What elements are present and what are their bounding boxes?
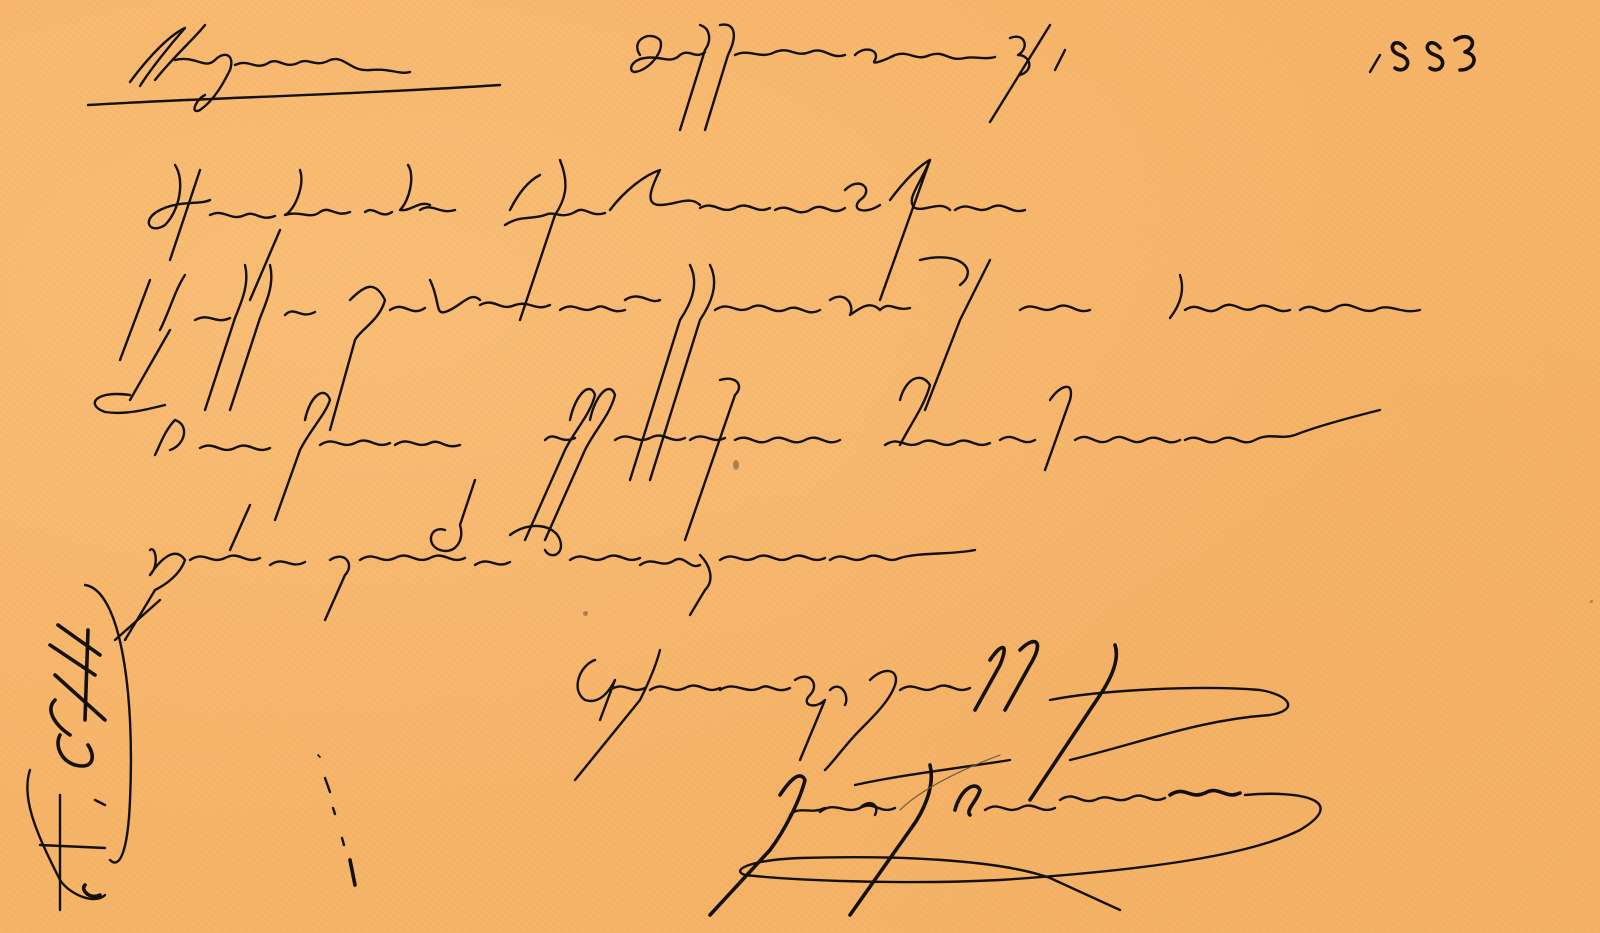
postcard: Urgent Kaschau am 3/1 1883 Bitte Sie die… [0,0,1600,933]
body-line-3-strokes [95,378,1380,540]
signature-strokes [710,755,1321,915]
place-date-strokes [631,25,1474,130]
handwriting-strokes [0,0,1600,933]
stray-ink-dots [318,755,355,885]
paper-speck [1590,600,1593,603]
body-line-4-strokes [125,480,975,640]
body-line-1-strokes [149,160,1025,320]
ink-smudge [733,460,739,470]
body-line-2-strokes [120,257,1420,480]
ink-spot [583,611,588,616]
urgent-header-strokes [88,25,500,111]
margin-note-strokes [27,585,160,910]
